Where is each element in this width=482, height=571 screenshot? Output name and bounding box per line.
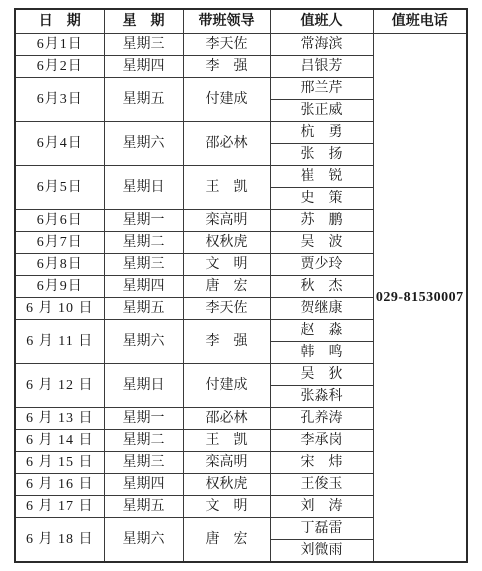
leader-cell: 李天佐 bbox=[183, 298, 270, 320]
week-cell: 星期三 bbox=[104, 452, 183, 474]
leader-cell: 权秋虎 bbox=[183, 232, 270, 254]
date-cell: 6 月 14 日 bbox=[15, 430, 104, 452]
duty-person-cell: 吴 波 bbox=[270, 232, 373, 254]
leader-cell: 付建成 bbox=[183, 78, 270, 122]
date-cell: 6 月 15 日 bbox=[15, 452, 104, 474]
leader-cell: 李 强 bbox=[183, 56, 270, 78]
duty-person-cell: 李承岗 bbox=[270, 430, 373, 452]
week-cell: 星期四 bbox=[104, 56, 183, 78]
date-cell: 6月8日 bbox=[15, 254, 104, 276]
col-header-leader: 带班领导 bbox=[183, 9, 270, 34]
duty-person-cell: 宋 炜 bbox=[270, 452, 373, 474]
duty-roster-document: 日 期 星 期 带班领导 值班人 值班电话 6月1日星期三李天佐常海滨029-8… bbox=[0, 0, 482, 563]
week-cell: 星期五 bbox=[104, 298, 183, 320]
date-cell: 6 月 10 日 bbox=[15, 298, 104, 320]
week-cell: 星期二 bbox=[104, 430, 183, 452]
week-cell: 星期四 bbox=[104, 276, 183, 298]
col-header-duty: 值班人 bbox=[270, 9, 373, 34]
leader-cell: 李 强 bbox=[183, 320, 270, 364]
duty-person-cell: 吴 狄 bbox=[270, 364, 373, 386]
week-cell: 星期三 bbox=[104, 254, 183, 276]
week-cell: 星期三 bbox=[104, 34, 183, 56]
week-cell: 星期五 bbox=[104, 78, 183, 122]
col-header-week: 星 期 bbox=[104, 9, 183, 34]
leader-cell: 栾高明 bbox=[183, 452, 270, 474]
week-cell: 星期五 bbox=[104, 496, 183, 518]
leader-cell: 文 明 bbox=[183, 254, 270, 276]
week-cell: 星期日 bbox=[104, 364, 183, 408]
date-cell: 6 月 17 日 bbox=[15, 496, 104, 518]
duty-person-cell: 韩 鸣 bbox=[270, 342, 373, 364]
date-cell: 6 月 18 日 bbox=[15, 518, 104, 563]
week-cell: 星期二 bbox=[104, 232, 183, 254]
col-header-date: 日 期 bbox=[15, 9, 104, 34]
duty-person-cell: 张淼科 bbox=[270, 386, 373, 408]
date-cell: 6 月 11 日 bbox=[15, 320, 104, 364]
date-cell: 6 月 12 日 bbox=[15, 364, 104, 408]
duty-person-cell: 孔养涛 bbox=[270, 408, 373, 430]
date-cell: 6月2日 bbox=[15, 56, 104, 78]
date-cell: 6 月 13 日 bbox=[15, 408, 104, 430]
duty-person-cell: 张正威 bbox=[270, 100, 373, 122]
date-cell: 6月7日 bbox=[15, 232, 104, 254]
week-cell: 星期六 bbox=[104, 518, 183, 563]
leader-cell: 李天佐 bbox=[183, 34, 270, 56]
duty-person-cell: 贺继康 bbox=[270, 298, 373, 320]
date-cell: 6月3日 bbox=[15, 78, 104, 122]
col-header-phone: 值班电话 bbox=[373, 9, 467, 34]
week-cell: 星期一 bbox=[104, 408, 183, 430]
week-cell: 星期日 bbox=[104, 166, 183, 210]
date-cell: 6月9日 bbox=[15, 276, 104, 298]
date-cell: 6月5日 bbox=[15, 166, 104, 210]
table-row: 6月1日星期三李天佐常海滨029-81530007 bbox=[15, 34, 467, 56]
phone-cell: 029-81530007 bbox=[373, 34, 467, 563]
date-cell: 6 月 16 日 bbox=[15, 474, 104, 496]
week-cell: 星期四 bbox=[104, 474, 183, 496]
duty-person-cell: 邢兰芹 bbox=[270, 78, 373, 100]
week-cell: 星期六 bbox=[104, 122, 183, 166]
duty-roster-table: 日 期 星 期 带班领导 值班人 值班电话 6月1日星期三李天佐常海滨029-8… bbox=[14, 8, 468, 563]
duty-person-cell: 赵 淼 bbox=[270, 320, 373, 342]
duty-person-cell: 史 策 bbox=[270, 188, 373, 210]
duty-person-cell: 刘 涛 bbox=[270, 496, 373, 518]
leader-cell: 邵必林 bbox=[183, 408, 270, 430]
duty-person-cell: 丁磊雷 bbox=[270, 518, 373, 540]
leader-cell: 唐 宏 bbox=[183, 276, 270, 298]
week-cell: 星期一 bbox=[104, 210, 183, 232]
leader-cell: 栾高明 bbox=[183, 210, 270, 232]
duty-person-cell: 秋 杰 bbox=[270, 276, 373, 298]
duty-person-cell: 贾少玲 bbox=[270, 254, 373, 276]
leader-cell: 付建成 bbox=[183, 364, 270, 408]
leader-cell: 王 凯 bbox=[183, 430, 270, 452]
date-cell: 6月4日 bbox=[15, 122, 104, 166]
duty-person-cell: 苏 鹏 bbox=[270, 210, 373, 232]
duty-person-cell: 吕银芳 bbox=[270, 56, 373, 78]
leader-cell: 王 凯 bbox=[183, 166, 270, 210]
duty-person-cell: 杭 勇 bbox=[270, 122, 373, 144]
week-cell: 星期六 bbox=[104, 320, 183, 364]
date-cell: 6月1日 bbox=[15, 34, 104, 56]
header-row: 日 期 星 期 带班领导 值班人 值班电话 bbox=[15, 9, 467, 34]
leader-cell: 邵必林 bbox=[183, 122, 270, 166]
duty-person-cell: 刘微雨 bbox=[270, 540, 373, 563]
leader-cell: 文 明 bbox=[183, 496, 270, 518]
duty-person-cell: 崔 锐 bbox=[270, 166, 373, 188]
date-cell: 6月6日 bbox=[15, 210, 104, 232]
duty-person-cell: 常海滨 bbox=[270, 34, 373, 56]
leader-cell: 权秋虎 bbox=[183, 474, 270, 496]
table-body: 6月1日星期三李天佐常海滨029-815300076月2日星期四李 强吕银芳6月… bbox=[15, 34, 467, 563]
duty-person-cell: 张 扬 bbox=[270, 144, 373, 166]
duty-person-cell: 王俊玉 bbox=[270, 474, 373, 496]
leader-cell: 唐 宏 bbox=[183, 518, 270, 563]
